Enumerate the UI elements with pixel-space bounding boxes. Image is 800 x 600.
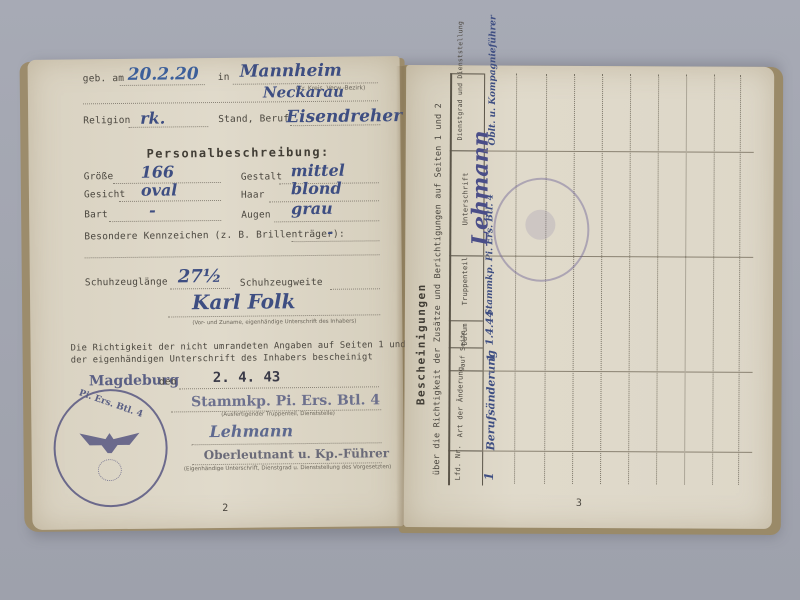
certification-text-1: Die Richtigkeit der nicht umrandeten Ang…: [71, 340, 439, 354]
row1-nr: 1: [482, 472, 496, 480]
religion-label: Religion: [83, 115, 130, 126]
round-official-stamp: Pi. Ers. Btl. 4: [53, 389, 168, 508]
occupation-value: Eisendreher: [286, 106, 402, 127]
birthplace-value: Mannheim: [240, 61, 342, 82]
col-header-nr: Lfd. Nr.: [454, 445, 462, 480]
date-value: 2. 4. 43: [213, 369, 281, 386]
certification-text-2: der eigenhändigen Unterschrift des Inhab…: [71, 352, 373, 365]
col-header-unit: Truppenteil: [461, 257, 469, 306]
row1-change: Berufsänderung: [484, 350, 498, 450]
col-header-change: Art der Änderung: [456, 367, 464, 438]
height-label: Größe: [84, 171, 114, 182]
shoe-length-value: 27½: [178, 266, 222, 287]
beard-label: Bart: [84, 209, 108, 220]
row1-date: 1.4.44: [485, 311, 496, 346]
beard-value: -: [149, 201, 156, 220]
height-value: 166: [141, 162, 175, 181]
special-marks-value: -: [327, 225, 333, 241]
hair-value: blond: [291, 179, 342, 199]
born-on-label: geb. am: [83, 73, 125, 84]
in-label: in: [218, 72, 230, 83]
face-label: Gesicht: [84, 189, 126, 200]
unit-caption: (Ausfertigender Truppenteil, Dienststell…: [221, 411, 335, 418]
row1-page: 1: [485, 354, 498, 362]
right-page-number: 3: [576, 498, 582, 509]
den-label: den: [159, 376, 177, 387]
row1-signature: Lehmann: [467, 130, 494, 245]
holder-signature-caption: (Vor- und Zuname, eigenhändige Unterschr…: [192, 319, 356, 327]
eagle-emblem-icon: [77, 427, 141, 458]
right-page: Bescheinigungen über die Richtigkeit der…: [404, 65, 774, 529]
occupation-label: Stand, Beruf: [218, 113, 289, 125]
born-on-value: 20.2.20: [128, 64, 199, 85]
left-page-number: 2: [222, 503, 228, 514]
row1-rank: Oblt. u. Kompagnieführer: [488, 15, 499, 145]
certifications-title: Bescheinigungen: [414, 283, 428, 405]
shoe-width-label: Schuhzeugweite: [240, 277, 323, 289]
officer-signature: Lehmann: [209, 421, 293, 441]
certifications-subtitle: über die Richtigkeit der Zusätze und Ber…: [432, 103, 444, 475]
description-heading: Personalbeschreibung:: [146, 145, 329, 161]
shoe-length-label: Schuhzeuglänge: [85, 277, 168, 289]
col-header-rank: Dienstgrad und Dienststellung: [456, 21, 465, 140]
holder-signature: Karl Folk: [192, 289, 296, 314]
build-value: mittel: [291, 161, 345, 181]
build-label: Gestalt: [241, 171, 283, 182]
eyes-value: grau: [291, 199, 333, 218]
faded-official-stamp: [493, 177, 590, 282]
face-value: oval: [141, 180, 178, 199]
col-header-date: Datum: [461, 323, 469, 345]
officer-caption: (Eigenhändige Unterschrift, Dienstgrad u…: [184, 464, 392, 472]
religion-value: rk.: [140, 109, 165, 128]
unit-stamp: Stammkp. Pi. Ers. Btl. 4: [191, 392, 380, 410]
round-stamp-text: Pi. Ers. Btl. 4: [77, 388, 144, 420]
birthplace-line2-value: Neckarau: [263, 83, 344, 102]
left-page: geb. am 20.2.20 in Mannheim (Kr. Kreis, …: [28, 56, 405, 530]
eyes-label: Augen: [241, 209, 271, 220]
hair-label: Haar: [241, 189, 265, 200]
officer-rank: Oberleutnant u. Kp.-Führer: [204, 446, 389, 462]
